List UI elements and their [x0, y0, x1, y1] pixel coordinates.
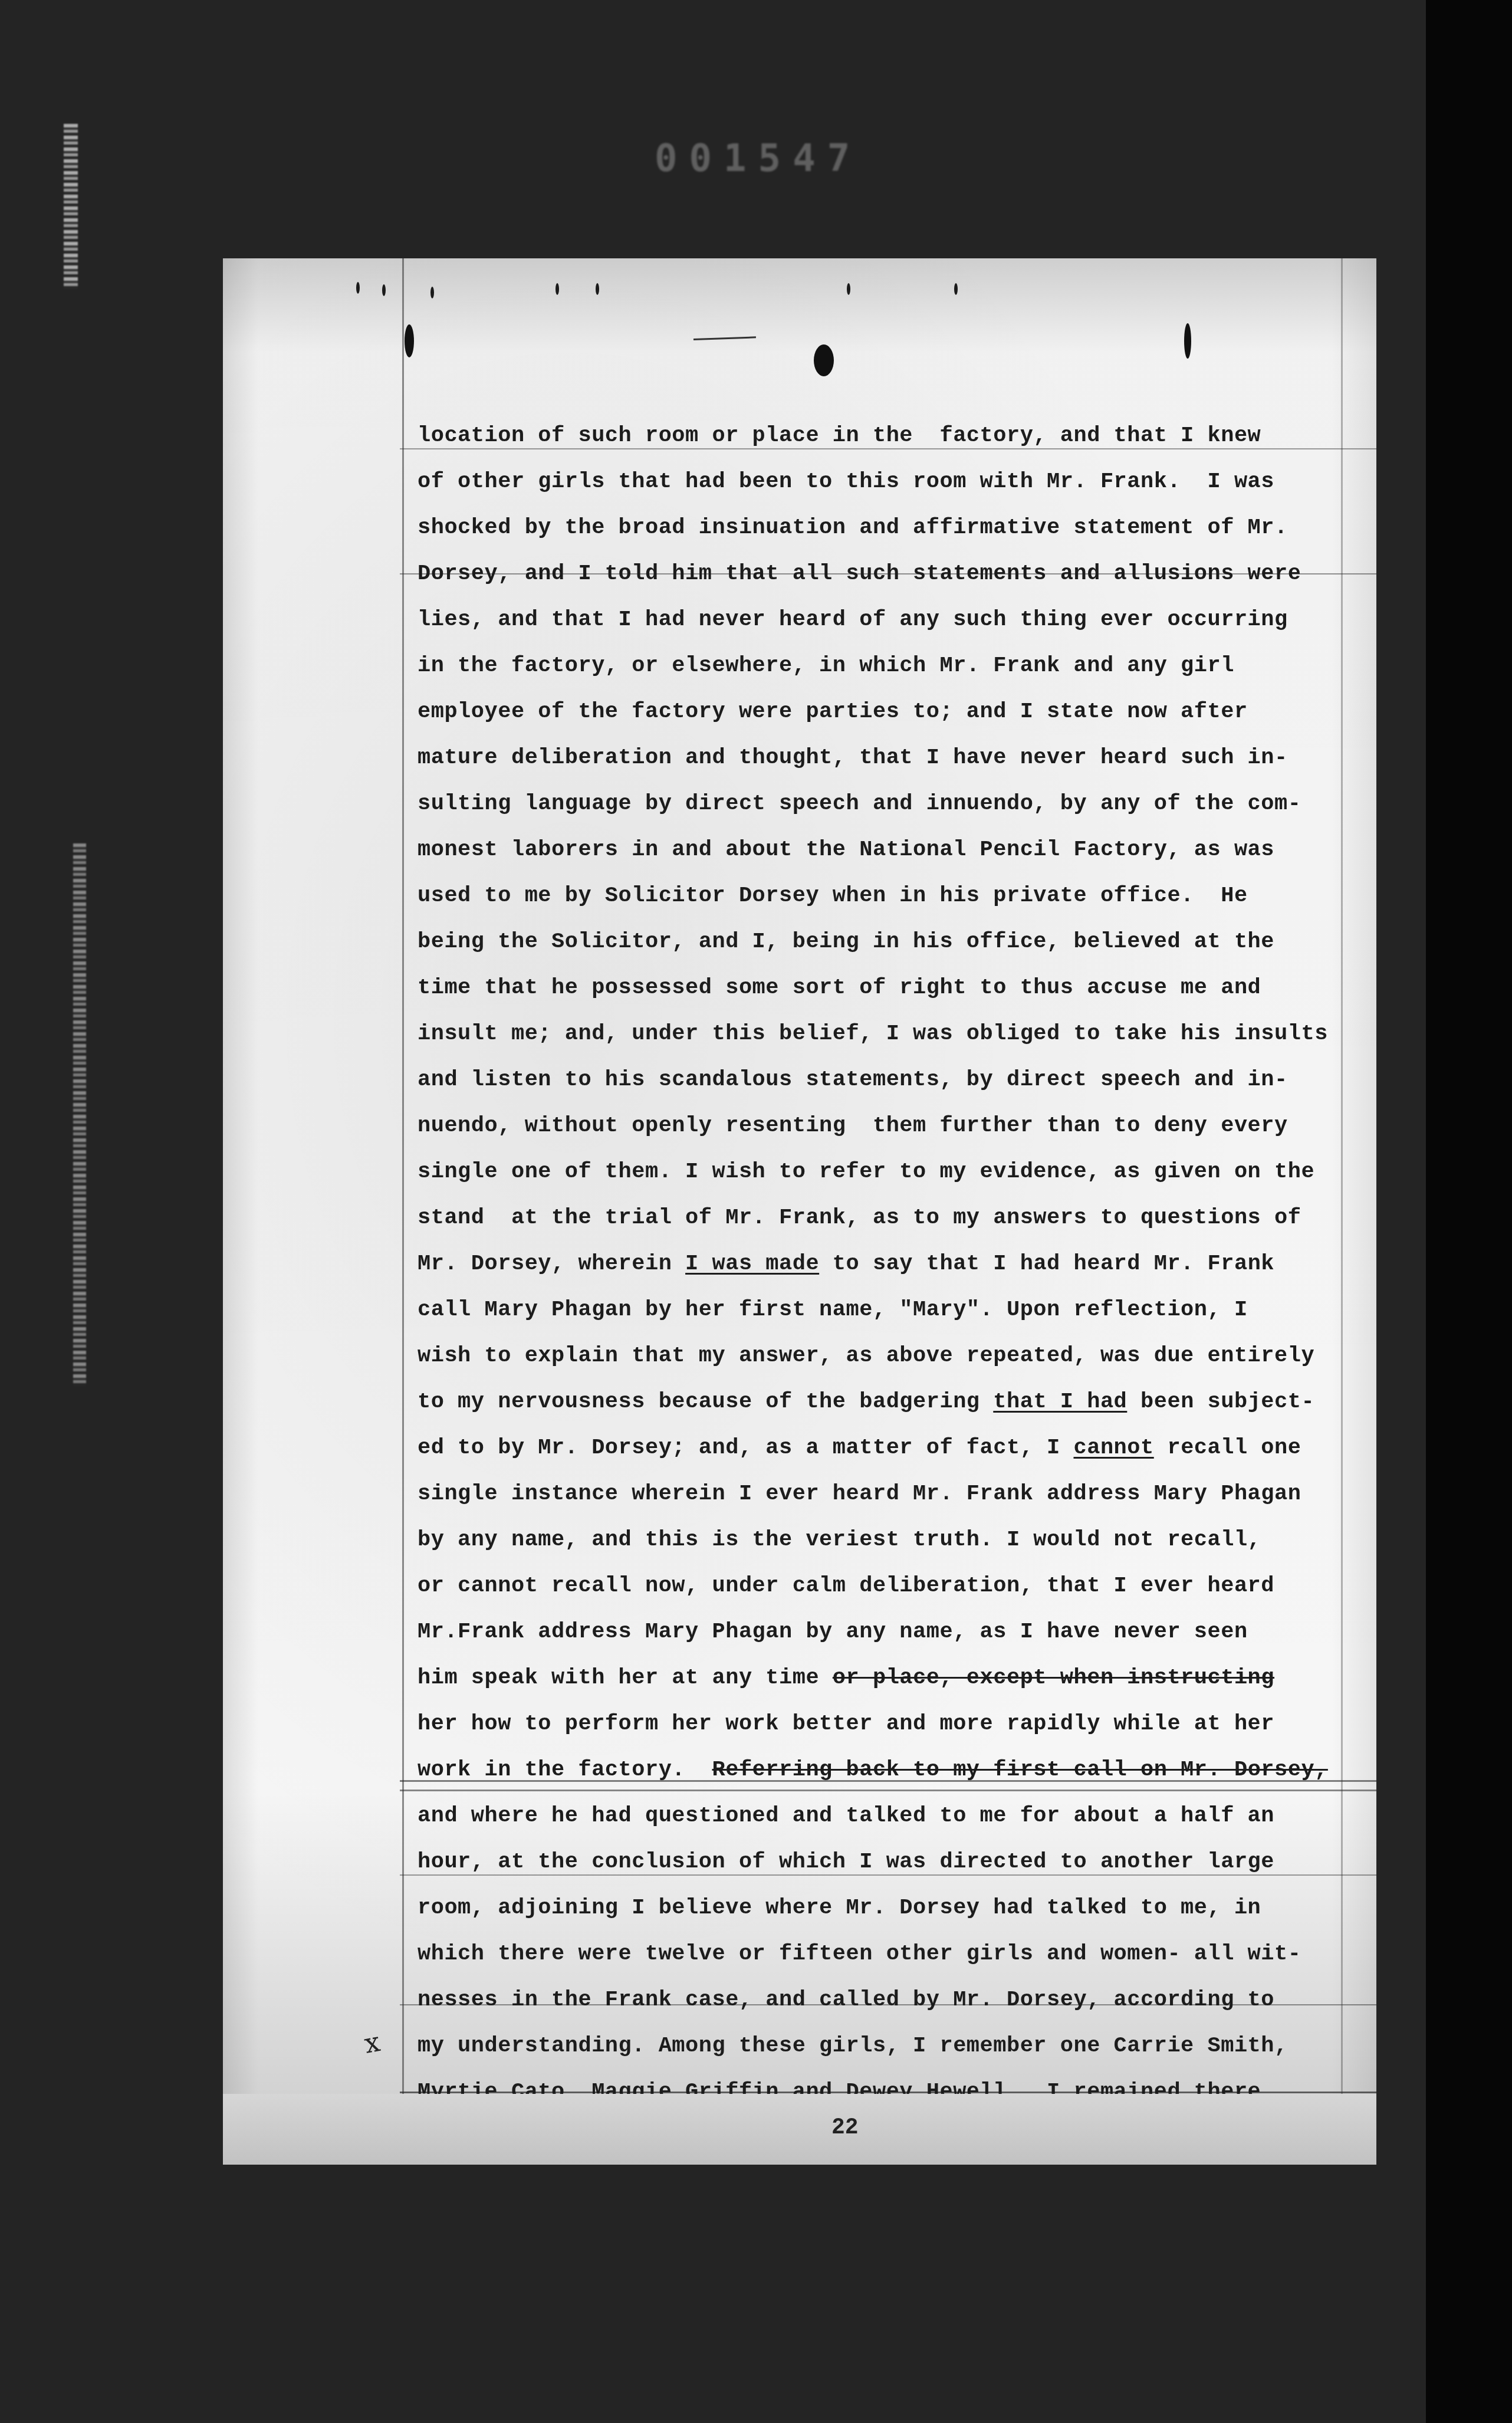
tack-mark [356, 282, 360, 294]
tack-mark [954, 283, 958, 295]
underlined-phrase: that I had [993, 1390, 1127, 1414]
underlined-phrase: cannot [1073, 1436, 1153, 1460]
document-page: location of such room or place in the fa… [223, 258, 1376, 2165]
text-segment: recall one [1154, 1436, 1301, 1460]
punch-hole-right [1184, 323, 1191, 359]
text-line: of other girls that had been to this roo… [418, 459, 1432, 505]
left-margin-line [402, 258, 404, 2165]
text-line: monest laborers in and about the Nationa… [418, 827, 1432, 873]
text-line: single instance wherein I ever heard Mr.… [418, 1471, 1432, 1517]
text-line: nuendo, without openly resenting them fu… [418, 1103, 1432, 1149]
text-line: lies, and that I had never heard of any … [418, 597, 1432, 643]
text-line: shocked by the broad insinuation and aff… [418, 505, 1432, 551]
text-line-with-underline: to my nervousness because of the badgeri… [418, 1379, 1432, 1425]
punch-hole-center [814, 344, 834, 376]
struck-phrase: or place, except when instructing [833, 1666, 1274, 1690]
text-line: my understanding. Among these girls, I r… [418, 2023, 1432, 2069]
page-number: 22 [831, 2115, 859, 2141]
tack-mark [596, 283, 599, 295]
text-line: which there were twelve or fifteen other… [418, 1931, 1432, 1977]
text-line: by any name, and this is the veriest tru… [418, 1517, 1432, 1563]
tack-mark [556, 283, 559, 295]
text-line-with-strikethrough: work in the factory. Referring back to m… [418, 1747, 1432, 1793]
text-line: nesses in the Frank case, and called by … [418, 1977, 1432, 2023]
struck-phrase: Referring back to my first call on Mr. D… [712, 1758, 1327, 1782]
text-segment: to say that I had heard Mr. Frank [819, 1252, 1274, 1276]
text-line: mature deliberation and thought, that I … [418, 735, 1432, 781]
text-line: her how to perform her work better and m… [418, 1701, 1432, 1747]
text-line: stand at the trial of Mr. Frank, as to m… [418, 1195, 1432, 1241]
text-line: being the Solicitor, and I, being in his… [418, 919, 1432, 965]
text-segment: ed to by Mr. Dorsey; and, as a matter of… [418, 1436, 1073, 1460]
text-line: insult me; and, under this belief, I was… [418, 1011, 1432, 1057]
text-line: and where he had questioned and talked t… [418, 1793, 1432, 1839]
text-segment: work in the factory. [418, 1758, 712, 1782]
page-bottom-shadow [223, 2094, 1376, 2165]
punch-hole-left [405, 324, 414, 357]
tack-mark [847, 283, 850, 295]
text-segment: been subject- [1127, 1390, 1314, 1414]
text-line: location of such room or place in the fa… [418, 413, 1432, 459]
text-line: employee of the factory were parties to;… [418, 689, 1432, 735]
film-edge-code-middle [73, 843, 86, 1386]
text-line: and listen to his scandalous statements,… [418, 1057, 1432, 1103]
underlined-phrase: I was made [685, 1252, 819, 1276]
tack-mark [382, 284, 386, 296]
text-line: hour, at the conclusion of which I was d… [418, 1839, 1432, 1885]
pen-stroke [693, 336, 756, 340]
text-line: room, adjoining I believe where Mr. Dors… [418, 1885, 1432, 1931]
text-line: single one of them. I wish to refer to m… [418, 1149, 1432, 1195]
text-line: or cannot recall now, under calm deliber… [418, 1563, 1432, 1609]
text-segment: Mr. Dorsey, wherein [418, 1252, 685, 1276]
microfilm-frame-number: 001547 [655, 137, 949, 178]
text-segment: to my nervousness because of the badgeri… [418, 1390, 993, 1414]
text-segment: him speak with her at any time [418, 1666, 833, 1690]
text-line-with-underline: ed to by Mr. Dorsey; and, as a matter of… [418, 1425, 1432, 1471]
handwritten-margin-mark: x [362, 2025, 383, 2060]
text-line: Mr.Frank address Mary Phagan by any name… [418, 1609, 1432, 1655]
text-line: sulting language by direct speech and in… [418, 781, 1432, 827]
film-edge-strip [1426, 0, 1512, 2423]
text-line: wish to explain that my answer, as above… [418, 1333, 1432, 1379]
text-line: used to me by Solicitor Dorsey when in h… [418, 873, 1432, 919]
typewritten-body: location of such room or place in the fa… [418, 413, 1432, 2115]
text-line-with-underline: Mr. Dorsey, wherein I was made to say th… [418, 1241, 1432, 1287]
text-line: Dorsey, and I told him that all such sta… [418, 551, 1432, 597]
tack-mark [430, 287, 434, 298]
film-edge-code-top [64, 124, 78, 289]
text-line: call Mary Phagan by her first name, "Mar… [418, 1287, 1432, 1333]
text-line: time that he possessed some sort of righ… [418, 965, 1432, 1011]
text-line-with-strikethrough: him speak with her at any time or place,… [418, 1655, 1432, 1701]
text-line: in the factory, or elsewhere, in which M… [418, 643, 1432, 689]
